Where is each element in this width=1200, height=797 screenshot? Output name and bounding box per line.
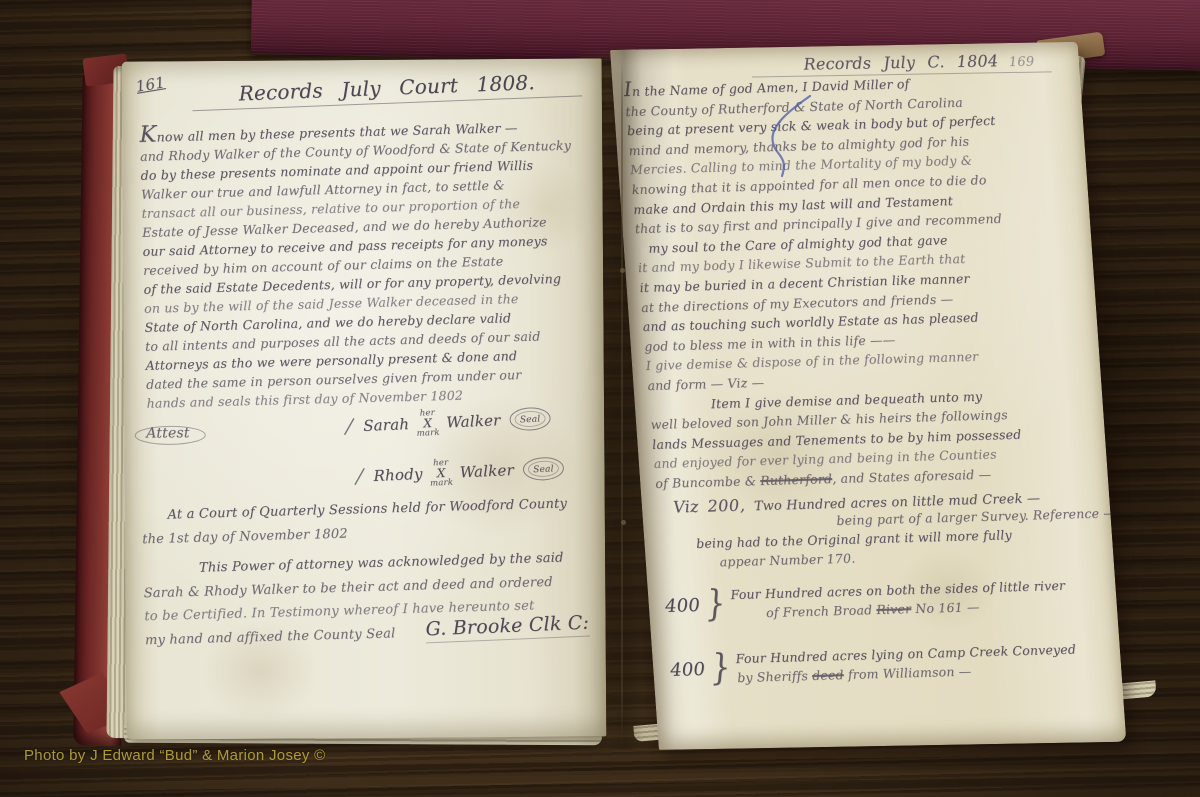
signature-first-name: Rhody — [373, 465, 423, 485]
her-mark: her X mark — [429, 458, 453, 488]
acreage-number: 400 — [669, 659, 706, 681]
viz-label: Viz — [672, 497, 699, 517]
attest-flourish: Attest — [132, 421, 210, 452]
right-page-number: 169 — [1008, 55, 1034, 70]
pen-stroke-icon — [352, 466, 367, 487]
right-page-body: In the Name of god Amen, I David Miller … — [623, 70, 1115, 690]
brace-glyph: } — [710, 651, 732, 688]
acreage-number: 400 — [664, 595, 701, 617]
photo-scene: 161 Records July Court 1808. Know all me… — [0, 0, 1200, 797]
blue-ink-mark — [762, 92, 820, 180]
attest-label: Attest — [146, 425, 190, 441]
signature-rhody-walker: Rhody her X mark Walker Seal — [352, 453, 567, 492]
signature-first-name: Sarah — [363, 415, 410, 435]
left-page-body: Know all men by these presents that we S… — [139, 116, 596, 413]
left-page: 161 Records July Court 1808. Know all me… — [122, 58, 607, 739]
signature-last-name: Walker — [459, 461, 514, 481]
left-page-number: 161 — [135, 73, 167, 96]
binding-stitch-knot — [621, 520, 626, 525]
photo-credit-watermark: Photo by J Edward “Bud” & Marion Josey © — [24, 747, 326, 764]
binding-stitch-knot — [620, 268, 625, 273]
left-page-header: Records July Court 1808. — [191, 68, 582, 111]
binding-stitch-line — [621, 58, 623, 746]
right-page-lines: In the Name of god Amen, I David Miller … — [623, 70, 1098, 474]
pen-stroke-icon — [342, 416, 357, 437]
seal-flourish-icon: Seal — [520, 453, 567, 485]
svg-text:Seal: Seal — [520, 415, 541, 426]
struck-word: River — [876, 602, 912, 618]
right-page: Records July C. 1804 169 In the Name of … — [610, 42, 1126, 750]
item-400-camp-creek: 400 } Four Hundred acres lying on Camp C… — [669, 639, 1115, 689]
signature-last-name: Walker — [446, 411, 501, 431]
signature-sarah-walker: Sarah her X mark Walker Seal — [342, 403, 554, 442]
item-400-little-river: 400 } Four Hundred acres on both the sid… — [664, 575, 1110, 625]
seal-flourish-icon: Seal — [507, 403, 554, 435]
grant-reference-lines: being had to the Original grant it will … — [659, 523, 1105, 573]
acreage-number: 200, — [707, 496, 746, 516]
struck-word: Rutherford — [760, 471, 833, 488]
her-mark: her X mark — [416, 408, 440, 438]
struck-word: deed — [812, 668, 845, 684]
brace-glyph: } — [705, 587, 727, 624]
svg-text:Seal: Seal — [533, 464, 554, 475]
